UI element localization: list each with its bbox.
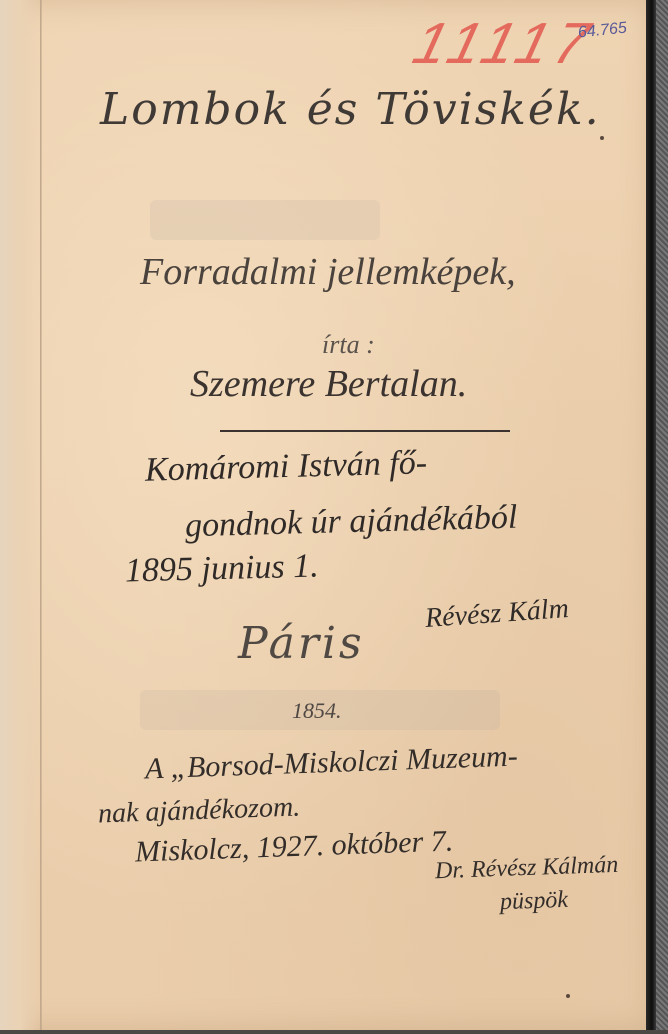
bleed-through-mark (150, 200, 380, 240)
subtitle: Forradalmi jellemképek, (140, 250, 516, 294)
dedication-1-signature: Révész Kálm (424, 593, 570, 635)
dedication-2-signature-title: püspök (500, 887, 569, 916)
dedication-2-signature: Dr. Révész Kálmán (435, 852, 619, 885)
binding-strip (0, 0, 41, 1030)
dedication-1-line: Komáromi István fő- (145, 444, 428, 489)
imprint-place: Páris (238, 618, 365, 669)
author-name: Szemere Bertalan. (190, 362, 467, 406)
inventory-number: 64.765 (577, 19, 628, 42)
imprint-year: 1854. (292, 698, 342, 724)
page-right-edge (646, 0, 656, 1030)
dedication-1-line: 1895 junius 1. (125, 547, 320, 590)
divider-rule (220, 430, 510, 432)
ink-spot (600, 136, 604, 140)
binding-fold (40, 0, 42, 1030)
byline-label: írta : (322, 330, 375, 360)
page-bottom-edge (0, 1030, 668, 1034)
dedication-1-line: gondnok úr ajándékából (185, 499, 518, 546)
dedication-2-line: nak ajándékozom. (98, 791, 301, 830)
page-title: Lombok és Töviskék. (100, 84, 601, 135)
ink-spot (566, 994, 570, 998)
dedication-2-line: A „Borsod-Miskolczi Muzeum- (145, 740, 519, 787)
red-catalog-number: 11117 (407, 10, 602, 77)
dedication-2-line: Miskolcz, 1927. október 7. (135, 824, 454, 869)
manuscript-page: 11117 64.765 Lombok és Töviskék. Forrada… (0, 0, 652, 1030)
